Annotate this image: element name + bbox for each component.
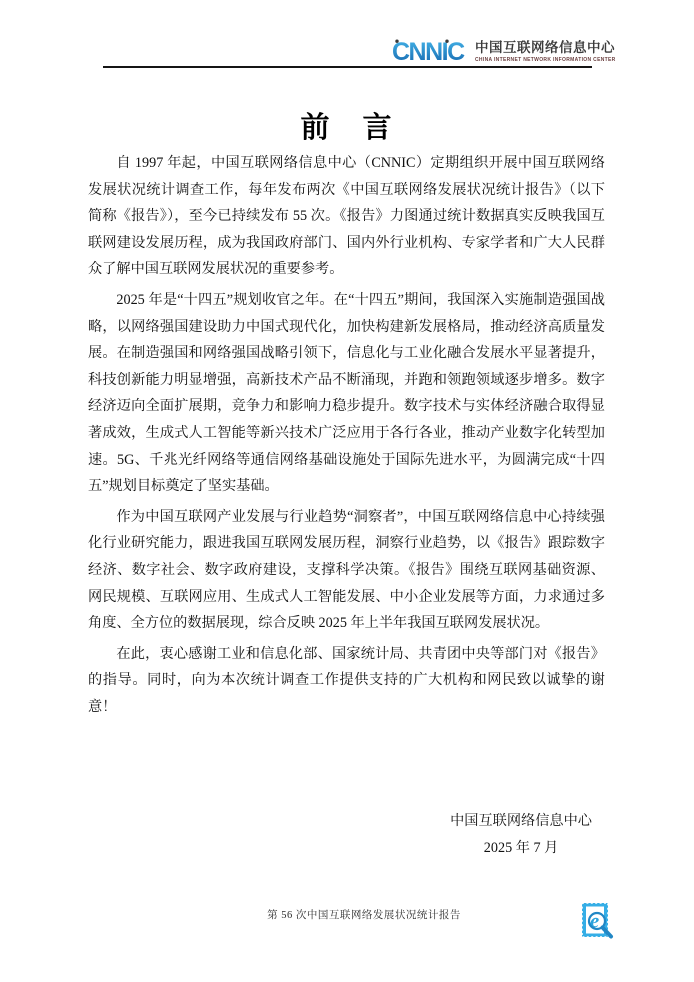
page-title: 前 言 [0,105,694,146]
signature-organization: 中国互联网络信息中心 [450,808,592,835]
cnnic-logo: CNNIC 中国互联网络信息中心 CHINA INTERNET NETWORK … [392,38,616,64]
cnnic-name-zh: 中国互联网络信息中心 [475,40,616,56]
cnnic-wordmark-icon: CNNIC [392,38,470,64]
report-stamp-icon: e [581,902,615,942]
header-divider [103,66,592,68]
svg-text:CNNIC: CNNIC [392,38,465,64]
paragraph-3: 作为中国互联网产业发展与行业趋势“洞察者”，中国互联网络信息中心持续强化行业研究… [88,504,605,637]
cnnic-name-en: CHINA INTERNET NETWORK INFORMATION CENTE… [475,57,616,64]
paragraph-2: 2025 年是“十四五”规划收官之年。在“十四五”期间，我国深入实施制造强国战略… [88,287,605,500]
paragraph-1: 自 1997 年起，中国互联网络信息中心（CNNIC）定期组织开展中国互联网络发… [88,150,605,283]
paragraph-4: 在此，衷心感谢工业和信息化部、国家统计局、共青团中央等部门对《报告》的指导。同时… [88,641,605,721]
signature-date: 2025 年 7 月 [450,835,592,862]
preface-body: 自 1997 年起，中国互联网络信息中心（CNNIC）定期组织开展中国互联网络发… [88,150,605,720]
document-page: CNNIC 中国互联网络信息中心 CHINA INTERNET NETWORK … [0,0,694,982]
signature-block: 中国互联网络信息中心 2025 年 7 月 [450,808,592,861]
cnnic-logo-names: 中国互联网络信息中心 CHINA INTERNET NETWORK INFORM… [475,38,616,64]
